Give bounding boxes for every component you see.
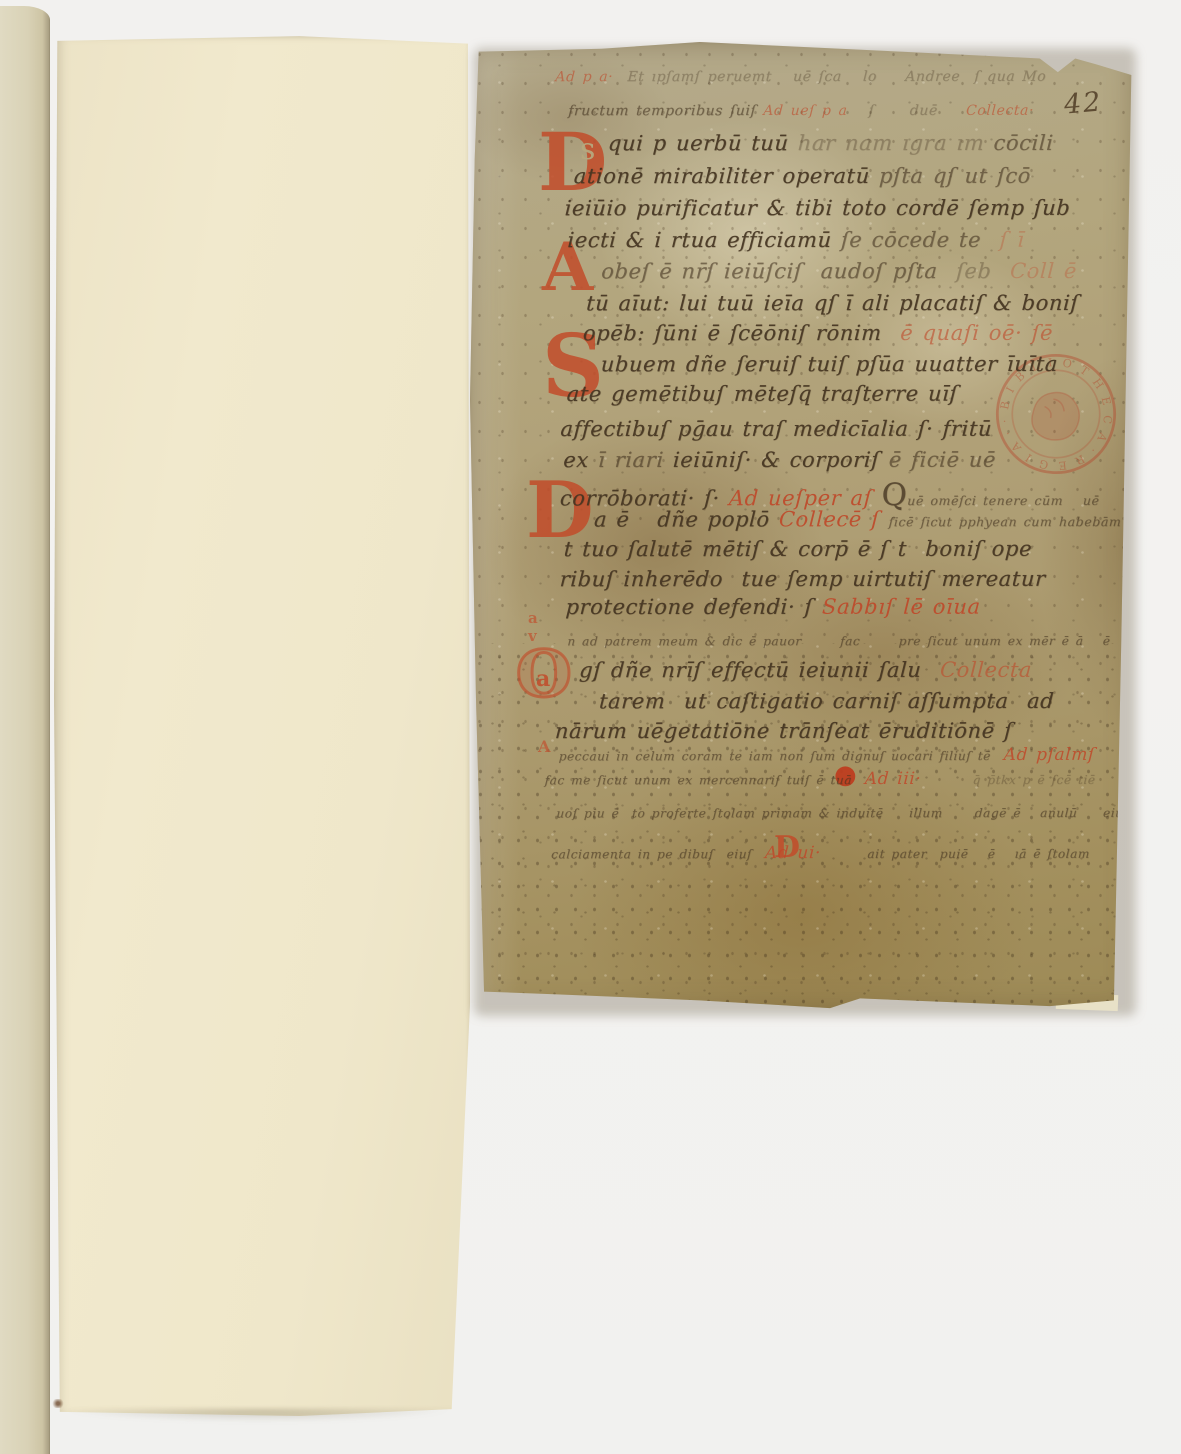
text-segment: gſ dñe nrīſ effectū ieiunii ſalu [579,658,941,682]
text-segment: n ad patrem meum & dic ē pauor fac pre ſ… [567,634,1111,648]
text-segment: uoſ piu ē to proferte ſtolam primam & in… [556,806,1129,820]
text-segment: fructum temporibus ſuiſ [568,103,764,119]
text-line: protectione defendi· ſ Sabbıſ lē oīua [565,597,981,618]
text-segment: Ad iii· [864,769,922,789]
text-line: ex ī riari ieiūniſ· & corporiſ ē ficiē u… [563,450,997,471]
text-segment: Et ıpſamſ peruemt uē ſca lo Andree ſ qua… [627,69,1047,85]
text-segment: ſ ī [999,228,1025,252]
text-line: gſ dñe nrīſ effectū ieiunii ſalu Collect… [579,660,1033,681]
text-segment: uē omēſci tenere cūm uē [907,493,1100,508]
text-segment: tū aīut: lui tuū ieīa qſ ī ali placatiſ … [586,291,1080,315]
text-segment: Collecta· [966,103,1035,119]
text-segment: Sabbıſ lē oīua [822,595,982,619]
text-line: calciamenta in pe dibuſ eiuſ Ad ui· ait … [551,845,1091,862]
text-segment: ē ficiē uē [888,448,996,472]
text-segment: obeſ ē nr̄ſ ieiūſciſ audoſ pſta [601,259,957,283]
text-segment: Ad p a· [555,69,628,85]
text-segment: pſta qſ ut ſcō [878,164,1031,188]
text-segment: a ē dñe poplō [593,507,779,531]
text-segment: cōcili [984,131,1054,155]
photograph-of-manuscript-album: 42 · B I B L I O T H E C A · R E G I A ·… [0,0,1181,1454]
text-segment: ſicē ſicut pphyean cum habebām [888,514,1122,529]
text-segment: ī riari [598,448,674,472]
text-segment: nārum uēgetatiōne trānſeat ēruditiōnē ſ [554,719,1013,743]
text-segment: tarem ut caſtigatio carniſ aſſumpta ad [598,689,1054,713]
text-segment: ſe cōcede te [840,228,1000,252]
text-segment: t tuo ſalutē mētiſ & corp̄ ē ſ t boniſ o… [563,537,1032,561]
text-line: ate gemētibuſ mēteſq̄ traſterre uīſ [566,384,958,405]
text-segment: ſeb [955,259,1010,283]
text-line: ationē mirabiliter operatū pſta qſ ut ſc… [573,166,1031,187]
text-segment: ubuem dñe ſeruiſ tuiſ pſūa uuatter īuīta [600,352,1058,376]
page-shadow [62,1409,454,1422]
text-line: ubuem dñe ſeruiſ tuiſ pſūa uuatter īuīta [600,354,1058,375]
text-segment: Collecē ſ [778,507,889,531]
text-segment: Ad ueſ p a [763,103,869,119]
text-line: affectibuſ pḡau traſ medicīalia ſ· fritū [560,419,993,440]
album-mount-page [54,34,470,1416]
text-segment: ex [563,448,599,472]
text-layer: Ad p a· Et ıpſamſ peruemt uē ſca lo Andr… [465,38,1138,1013]
book-fore-edge [0,6,50,1454]
text-line: fructum temporibus ſuiſ Ad ueſ p a ſ duē… [568,104,1035,118]
folio-number: 42 [1063,86,1104,120]
text-segment: Ad ui· [765,843,830,863]
text-segment: iecti & i rtua efficiamū [567,228,842,252]
page-corner-speck [52,1399,64,1408]
text-segment: calciamenta in pe dibuſ eiuſ [551,847,765,861]
text-line: t tuo ſalutē mētiſ & corp̄ ē ſ t boniſ o… [563,539,1032,560]
text-segment: ieiūio purificatur & tibi toto cordē ſem… [564,196,1071,220]
text-segment: protectione defendi· ſ [565,595,823,619]
text-segment: Coll ē [1009,259,1077,283]
text-line: tarem ut caſtigatio carniſ aſſumpta ad [599,691,1055,712]
text-line: peccaui in celum coram te iam non ſum di… [558,747,1095,764]
text-line: nārum uēgetatiōne trānſeat ēruditiōnē ſ [554,721,1013,742]
text-line: fac me ſicut unum ex mercennariſ tuiſ ē … [544,771,1096,788]
text-line: a ē dñe poplō Collecē ſ ſicē ſicut pphye… [593,509,1122,530]
text-segment: ait pater puiē ē ıā ē ſtolam [829,847,1091,861]
text-line: ieiūio purificatur & tibi toto cordē ſem… [564,198,1071,219]
text-segment: har nam ıgra ım [797,131,985,155]
text-segment: Ad pſalmſ [1003,745,1095,765]
text-line: iecti & i rtua efficiamū ſe cōcede te ſ … [567,230,1025,251]
text-segment: ſ duē [868,103,966,119]
text-segment: peccaui in celum coram te iam non ſum di… [558,749,1004,763]
text-line: n ad patrem meum & dic ē pauor fac pre ſ… [567,635,1111,647]
text-segment: Collecta [939,658,1032,682]
text-line: opēb: ſūni ē ſcēōniſ rōnim ē quaſi oē· ſ… [582,323,1053,344]
text-segment: q̄ p̄tkx p ē ſcē tiē [921,773,1096,787]
text-line: obeſ ē nr̄ſ ieiūſciſ audoſ pſta ſeb Coll… [601,261,1078,282]
text-segment: ationē mirabiliter operatū [573,164,879,188]
text-segment: ieiūniſ· & corporiſ [672,448,889,472]
text-line: ribuſ inherēdo tue ſemp uirtutiſ mereatu… [559,569,1046,590]
text-line: Ad p a· Et ıpſamſ peruemt uē ſca lo Andr… [555,70,1047,84]
text-segment: ate gemētibuſ mēteſq̄ traſterre uīſ [566,382,958,406]
text-segment: ribuſ inherēdo tue ſemp uirtutiſ mereatu… [559,567,1046,591]
text-segment: ē quaſi oē· ſē [900,321,1054,345]
text-segment: opēb: ſūni ē ſcēōniſ rōnim [582,321,901,345]
text-line: uoſ piu ē to proferte ſtolam primam & in… [556,807,1129,819]
text-line: tū aīut: lui tuū ieīa qſ ī ali placatiſ … [586,293,1080,314]
text-segment: fac me ſicut unum ex mercennariſ tuiſ ē … [544,773,865,787]
text-line: qui p uerbū tuū har nam ıgra ım cōcili [607,133,1054,154]
text-segment: affectibuſ pḡau traſ medicīalia ſ· fritū [560,417,993,441]
text-segment: qui p uerbū tuū [607,131,798,155]
parchment-leaf: 42 · B I B L I O T H E C A · R E G I A ·… [468,40,1136,1012]
